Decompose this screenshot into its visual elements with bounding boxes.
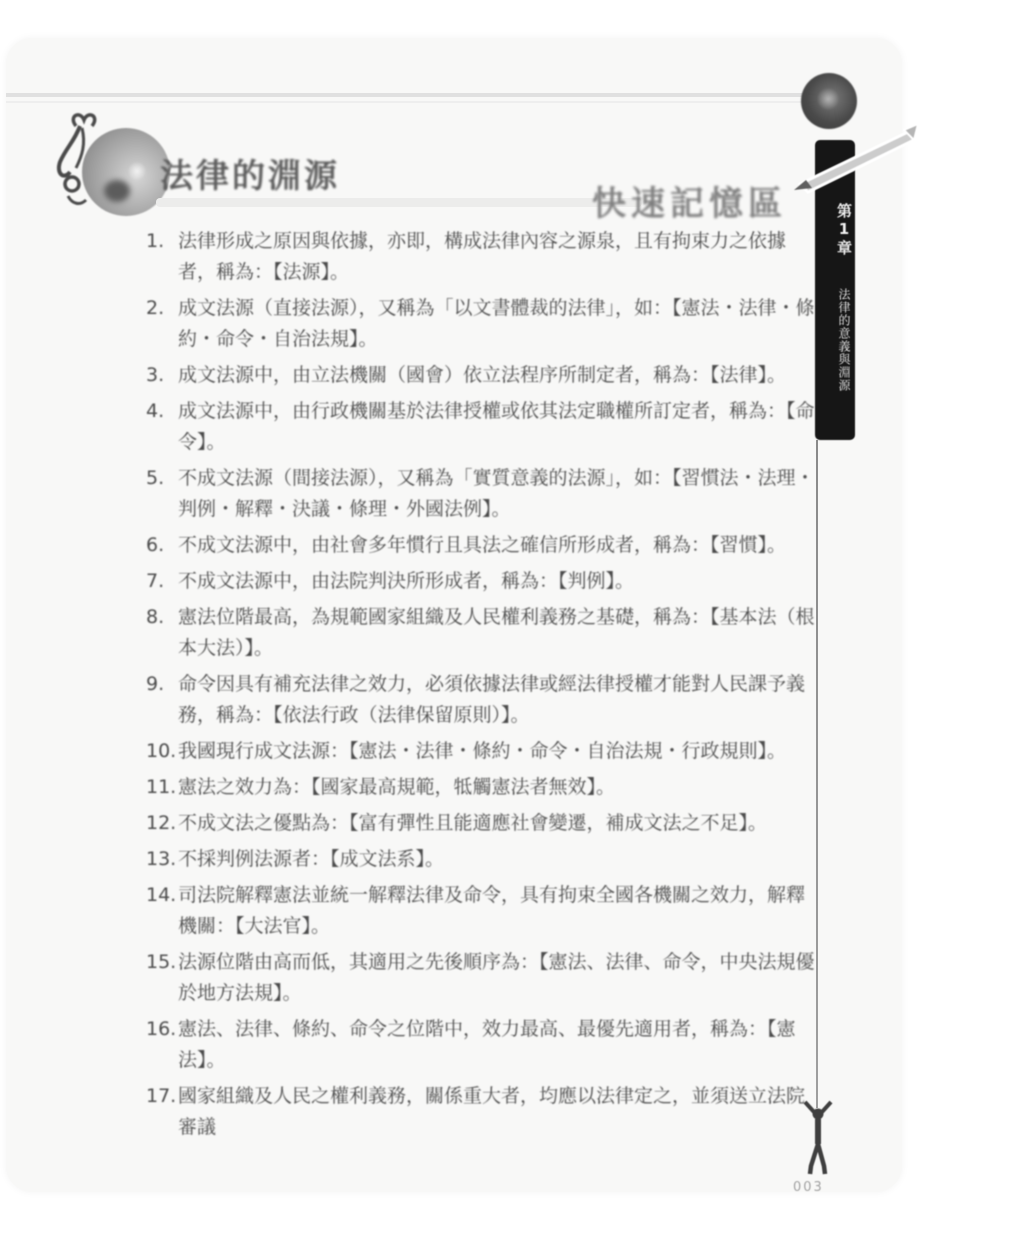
list-item: 11.憲法之效力為：【國家最高規範，牴觸憲法者無效】。	[146, 772, 822, 803]
page-card: 法律的淵源 快速記憶區 1.法律形成之原因與依據，亦即，構成法律內容之源泉，且有…	[6, 38, 902, 1192]
item-text: 憲法、法律、條約、命令之位階中，效力最高、最優先適用者，稱為：【憲法】。	[178, 1018, 796, 1071]
item-text: 不成文法之優點為：【富有彈性且能適應社會變遷，補成文法之不足】。	[178, 812, 767, 834]
list-item: 14.司法院解釋憲法並統一解釋法律及命令，具有拘束全國各機關之效力，解釋機關：【…	[146, 880, 822, 942]
item-number: 16.	[146, 1014, 174, 1045]
item-text: 成文法源中，由立法機關（國會）依立法程序所制定者，稱為：【法律】。	[178, 364, 786, 386]
item-number: 17.	[146, 1081, 174, 1112]
list-item: 12.不成文法之優點為：【富有彈性且能適應社會變遷，補成文法之不足】。	[146, 808, 822, 839]
item-text: 命令因具有補充法律之效力，必須依據法律或經法律授權才能對人民課予義務，稱為：【依…	[178, 673, 805, 726]
item-text: 成文法源（直接法源），又稱為「以文書體裁的法律」，如：【憲法・法律・條約・命令・…	[178, 297, 815, 350]
quick-review-list: 1.法律形成之原因與依據，亦即，構成法律內容之源泉，且有拘束力之依據者，稱為：【…	[146, 226, 822, 1148]
list-item: 16.憲法、法律、條約、命令之位階中，效力最高、最優先適用者，稱為：【憲法】。	[146, 1014, 822, 1076]
item-text: 司法院解釋憲法並統一解釋法律及命令，具有拘束全國各機關之效力，解釋機關：【大法官…	[178, 884, 805, 937]
list-item: 9.命令因具有補充法律之效力，必須依據法律或經法律授權才能對人民課予義務，稱為：…	[146, 669, 822, 731]
item-number: 12.	[146, 808, 174, 839]
list-item: 4.成文法源中，由行政機關基於法律授權或依其法定職權所訂定者，稱為：【命令】。	[146, 396, 822, 458]
item-text: 不成文法源（間接法源），又稱為「實質意義的法源」，如：【習慣法・法理・判例・解釋…	[178, 467, 815, 520]
title-underline	[156, 198, 642, 207]
item-text: 國家組織及人民之權利義務，關係重大者，均應以法律定之，並須送立法院審議	[178, 1085, 805, 1138]
list-item: 2.成文法源（直接法源），又稱為「以文書體裁的法律」，如：【憲法・法律・條約・命…	[146, 293, 822, 355]
item-number: 14.	[146, 880, 174, 911]
item-text: 憲法位階最高，為規範國家組織及人民權利義務之基礎，稱為：【基本法（根本大法）】。	[178, 606, 815, 659]
item-text: 成文法源中，由行政機關基於法律授權或依其法定職權所訂定者，稱為：【命令】。	[178, 400, 815, 453]
section-header: 快速記憶區	[592, 176, 787, 225]
item-text: 不成文法源中，由社會多年慣行且具法之確信所形成者，稱為：【習慣】。	[178, 534, 786, 556]
item-number: 10.	[146, 736, 174, 767]
top-rule	[6, 93, 806, 97]
page-number: 003	[793, 1180, 824, 1195]
list-item: 13.不採判例法源者：【成文法系】。	[146, 844, 822, 875]
vertical-rule	[816, 440, 818, 1108]
chapter-tab-number: 第1章	[835, 203, 853, 257]
item-number: 3.	[146, 360, 174, 391]
list-item: 5.不成文法源（間接法源），又稱為「實質意義的法源」，如：【習慣法・法理・判例・…	[146, 463, 822, 525]
list-item: 3.成文法源中，由立法機關（國會）依立法程序所制定者，稱為：【法律】。	[146, 360, 822, 391]
item-text: 我國現行成文法源：【憲法・法律・條約・命令・自治法規・行政規則】。	[178, 740, 786, 762]
chapter-tab-title: 法律的意義與淵源	[837, 288, 851, 392]
item-text: 不成文法源中，由法院判決所形成者，稱為：【判例】。	[178, 570, 634, 592]
item-number: 4.	[146, 396, 174, 427]
list-item: 6.不成文法源中，由社會多年慣行且具法之確信所形成者，稱為：【習慣】。	[146, 530, 822, 561]
item-text: 憲法之效力為：【國家最高規範，牴觸憲法者無效】。	[178, 776, 615, 798]
item-number: 9.	[146, 669, 174, 700]
list-item: 1.法律形成之原因與依據，亦即，構成法律內容之源泉，且有拘束力之依據者，稱為：【…	[146, 226, 822, 288]
stick-figure-icon	[795, 1100, 841, 1178]
list-item: 10.我國現行成文法源：【憲法・法律・條約・命令・自治法規・行政規則】。	[146, 736, 822, 767]
pen-icon	[786, 118, 926, 198]
item-number: 8.	[146, 602, 174, 633]
list-item: 7.不成文法源中，由法院判決所形成者，稱為：【判例】。	[146, 566, 822, 597]
item-number: 15.	[146, 947, 174, 978]
list-item: 17.國家組織及人民之權利義務，關係重大者，均應以法律定之，並須送立法院審議	[146, 1081, 822, 1143]
item-number: 7.	[146, 566, 174, 597]
item-number: 5.	[146, 463, 174, 494]
item-number: 2.	[146, 293, 174, 324]
page-title: 法律的淵源	[160, 150, 340, 197]
sketch-doodle-icon	[46, 108, 116, 228]
item-number: 6.	[146, 530, 174, 561]
item-text: 法律形成之原因與依據，亦即，構成法律內容之源泉，且有拘束力之依據者，稱為：【法源…	[178, 230, 786, 283]
item-text: 法源位階由高而低，其適用之先後順序為：【憲法、法律、命令，中央法規優於地方法規】…	[178, 951, 815, 1004]
list-item: 8.憲法位階最高，為規範國家組織及人民權利義務之基礎，稱為：【基本法（根本大法）…	[146, 602, 822, 664]
item-number: 1.	[146, 226, 174, 257]
item-text: 不採判例法源者：【成文法系】。	[178, 848, 444, 870]
list-item: 15.法源位階由高而低，其適用之先後順序為：【憲法、法律、命令，中央法規優於地方…	[146, 947, 822, 1009]
scanned-page: 法律的淵源 快速記憶區 1.法律形成之原因與依據，亦即，構成法律內容之源泉，且有…	[0, 0, 1024, 1253]
item-number: 13.	[146, 844, 174, 875]
item-number: 11.	[146, 772, 174, 803]
top-rule-secondary	[6, 101, 836, 103]
